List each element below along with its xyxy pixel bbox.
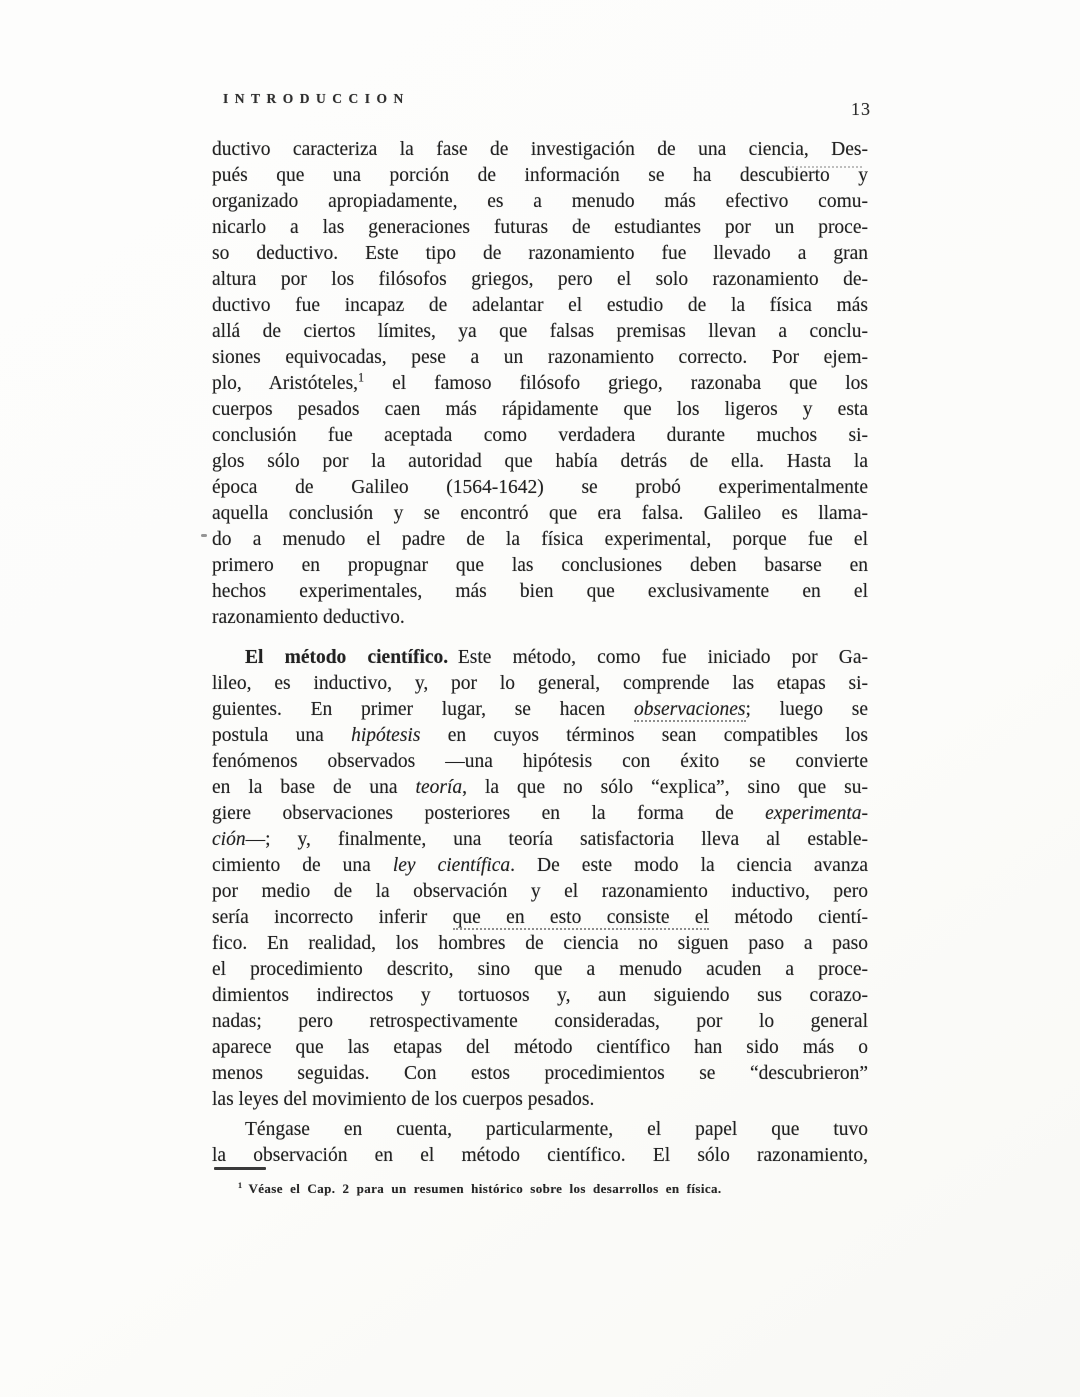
text-segment: altura por los filósofos griegos, pero e… bbox=[212, 269, 868, 290]
text-segment: organizado apropiadamente, es a menudo m… bbox=[212, 191, 868, 212]
text-segment: las leyes del movimiento de los cuerpos … bbox=[212, 1089, 594, 1110]
text-line: primero en propugnar que las conclusione… bbox=[212, 553, 868, 579]
text-line: fenómenos observados —una hipótesis con … bbox=[212, 749, 868, 775]
text-segment: razonamiento deductivo. bbox=[212, 607, 405, 628]
text-segment: giere observaciones posteriores en la fo… bbox=[212, 803, 765, 824]
text-line: glos sólo por la autoridad que había det… bbox=[212, 449, 868, 475]
text-segment: cuerpos pesados caen más rápidamente que… bbox=[212, 399, 868, 420]
text-line: lileo, es inductivo, y, por lo general, … bbox=[212, 671, 868, 697]
text-segment: Este método, como fue iniciado por Ga- bbox=[448, 647, 868, 668]
footnote-rule bbox=[214, 1167, 266, 1170]
text-line: giere observaciones posteriores en la fo… bbox=[212, 801, 868, 827]
text-line: organizado apropiadamente, es a menudo m… bbox=[212, 189, 868, 215]
paragraph-metodo-cientifico: El método científico. Este método, como … bbox=[212, 645, 868, 1113]
text-segment: plo, Aristóteles, bbox=[212, 373, 358, 394]
text-segment: aquella conclusión y se encontró que era… bbox=[212, 503, 868, 524]
scan-artifact-speck bbox=[201, 534, 207, 537]
text-line: menos seguidas. Con estos procedimientos… bbox=[212, 1061, 868, 1087]
text-line: pués que una porción de información se h… bbox=[212, 163, 868, 189]
text-segment: ción bbox=[212, 829, 246, 850]
text-line: por medio de la observación y el razonam… bbox=[212, 879, 868, 905]
text-segment: do a menudo el padre de la física experi… bbox=[212, 529, 868, 550]
text-line: hechos experimentales, más bien que excl… bbox=[212, 579, 868, 605]
text-segment: hechos experimentales, más bien que excl… bbox=[212, 581, 868, 602]
text-line: nicarlo a las generaciones futuras de es… bbox=[212, 215, 868, 241]
running-head: INTRODUCCION bbox=[223, 91, 410, 107]
page-number: 13 bbox=[851, 99, 871, 120]
text-line: Téngase en cuenta, particularmente, el p… bbox=[212, 1117, 868, 1143]
text-line: en la base de una teoría, la que no sólo… bbox=[212, 775, 868, 801]
text-segment: en la base de una bbox=[212, 777, 416, 798]
text-line: ductivo fue incapaz de adelantar el estu… bbox=[212, 293, 868, 319]
text-segment: sería incorrecto inferir bbox=[212, 907, 453, 928]
text-segment: ley científica bbox=[393, 855, 510, 876]
text-segment: fenómenos observados —una hipótesis con … bbox=[212, 751, 868, 772]
text-line: plo, Aristóteles,1 el famoso filósofo gr… bbox=[212, 371, 868, 397]
text-segment: ; luego se bbox=[746, 699, 869, 720]
text-segment: El método científico. bbox=[245, 647, 448, 668]
text-line: allá de ciertos límites, ya que falsas p… bbox=[212, 319, 868, 345]
text-segment: el procedimiento descrito, sino que a me… bbox=[212, 959, 868, 980]
text-line: cuerpos pesados caen más rápidamente que… bbox=[212, 397, 868, 423]
text-segment: cimiento de una bbox=[212, 855, 393, 876]
footnote-marker: 1 bbox=[238, 1181, 242, 1190]
text-segment: menos seguidas. Con estos procedimientos… bbox=[212, 1063, 868, 1084]
text-line: so deductivo. Este tipo de razonamiento … bbox=[212, 241, 868, 267]
text-segment: ductivo caracteriza la fase de investiga… bbox=[212, 139, 868, 160]
text-segment: observaciones bbox=[634, 699, 746, 722]
text-line: altura por los filósofos griegos, pero e… bbox=[212, 267, 868, 293]
text-line: conclusión fue aceptada como verdadera d… bbox=[212, 423, 868, 449]
text-line: postula una hipótesis en cuyos términos … bbox=[212, 723, 868, 749]
text-line: aquella conclusión y se encontró que era… bbox=[212, 501, 868, 527]
text-line: dimientos indirectos y tortuosos y, aun … bbox=[212, 983, 868, 1009]
text-segment: guientes. En primer lugar, se hacen bbox=[212, 699, 634, 720]
text-segment: pués que una porción de información se h… bbox=[212, 165, 868, 186]
text-line: nadas; pero retrospectivamente considera… bbox=[212, 1009, 868, 1035]
text-segment: glos sólo por la autoridad que había det… bbox=[212, 451, 868, 472]
text-segment: fico. En realidad, los hombres de cienci… bbox=[212, 933, 868, 954]
text-segment: ductivo fue incapaz de adelantar el estu… bbox=[212, 295, 868, 316]
text-segment: conclusión fue aceptada como verdadera d… bbox=[212, 425, 868, 446]
text-line: ción—; y, finalmente, una teoría satisfa… bbox=[212, 827, 868, 853]
text-segment: lileo, es inductivo, y, por lo general, … bbox=[212, 673, 868, 694]
text-segment: so deductivo. Este tipo de razonamiento … bbox=[212, 243, 868, 264]
text-segment: Téngase en cuenta, particularmente, el p… bbox=[245, 1119, 868, 1140]
text-line: el procedimiento descrito, sino que a me… bbox=[212, 957, 868, 983]
text-line: aparece que las etapas del método cientí… bbox=[212, 1035, 868, 1061]
text-segment: . De este modo la ciencia avanza bbox=[510, 855, 868, 876]
text-line: do a menudo el padre de la física experi… bbox=[212, 527, 868, 553]
text-segment: , la que no sólo “explica”, sino que su- bbox=[462, 777, 868, 798]
text-segment: aparece que las etapas del método cientí… bbox=[212, 1037, 868, 1058]
text-line: guientes. En primer lugar, se hacen obse… bbox=[212, 697, 868, 723]
text-line: razonamiento deductivo. bbox=[212, 605, 868, 631]
text-line: ductivo caracteriza la fase de investiga… bbox=[212, 137, 868, 163]
text-line: sería incorrecto inferir que en esto con… bbox=[212, 905, 868, 931]
text-segment: dimientos indirectos y tortuosos y, aun … bbox=[212, 985, 868, 1006]
text-segment: allá de ciertos límites, ya que falsas p… bbox=[212, 321, 868, 342]
text-segment: teoría bbox=[416, 777, 463, 798]
text-segment: hipótesis bbox=[351, 725, 420, 746]
text-segment: que en esto consiste el bbox=[453, 907, 709, 930]
text-line: siones equivocadas, pese a un razonamien… bbox=[212, 345, 868, 371]
text-line: cimiento de una ley científica. De este … bbox=[212, 853, 868, 879]
text-segment: nadas; pero retrospectivamente considera… bbox=[212, 1011, 868, 1032]
text-line: la observación en el método científico. … bbox=[212, 1143, 868, 1169]
text-line: fico. En realidad, los hombres de cienci… bbox=[212, 931, 868, 957]
text-segment: siones equivocadas, pese a un razonamien… bbox=[212, 347, 868, 368]
text-segment: la observación en el método científico. … bbox=[212, 1145, 868, 1166]
text-segment: método cientí- bbox=[709, 907, 868, 928]
paragraph-continuation: ductivo caracteriza la fase de investiga… bbox=[212, 137, 868, 631]
text-segment: el famoso filósofo griego, razonaba que … bbox=[364, 373, 868, 394]
text-line: las leyes del movimiento de los cuerpos … bbox=[212, 1087, 868, 1113]
text-segment: nicarlo a las generaciones futuras de es… bbox=[212, 217, 868, 238]
scan-artifact-smudge bbox=[788, 166, 862, 168]
text-segment: postula una bbox=[212, 725, 351, 746]
text-segment: época de Galileo (1564-1642) se probó ex… bbox=[212, 477, 868, 498]
paragraph-tengase: Téngase en cuenta, particularmente, el p… bbox=[212, 1117, 868, 1169]
text-segment: por medio de la observación y el razonam… bbox=[212, 881, 868, 902]
footnote-text: Véase el Cap. 2 para un resumen históric… bbox=[248, 1181, 721, 1196]
page-body: ductivo caracteriza la fase de investiga… bbox=[212, 137, 868, 1169]
text-segment: experimenta- bbox=[765, 803, 868, 824]
book-page: INTRODUCCION 13 ductivo caracteriza la f… bbox=[0, 0, 1080, 1397]
text-segment: —; y, finalmente, una teoría satisfactor… bbox=[246, 829, 868, 850]
text-segment: primero en propugnar que las conclusione… bbox=[212, 555, 868, 576]
text-line: El método científico. Este método, como … bbox=[212, 645, 868, 671]
text-line: época de Galileo (1564-1642) se probó ex… bbox=[212, 475, 868, 501]
text-segment: en cuyos términos sean compatibles los bbox=[420, 725, 868, 746]
footnote: 1Véase el Cap. 2 para un resumen históri… bbox=[212, 1181, 874, 1197]
